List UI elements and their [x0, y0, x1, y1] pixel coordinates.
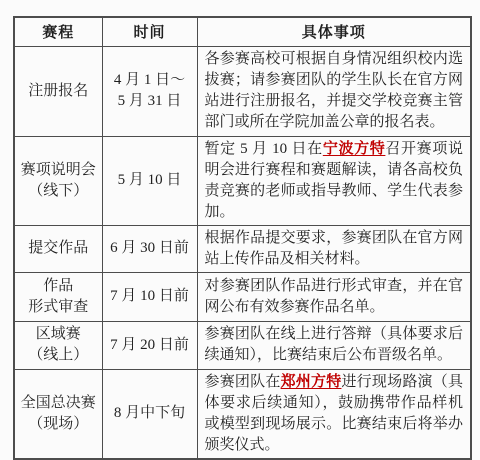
schedule-table-container: 赛程 时间 具体事项 注册报名4 月 1 日～5 月 31 日各参赛高校可根据自… [13, 16, 472, 440]
detail-cell: 对参赛团队作品进行形式审查，并在官网公布有效参赛作品名单。 [197, 272, 471, 321]
stage-line: 全国总决赛 [17, 393, 100, 414]
stage-line: （线上） [17, 345, 100, 366]
header-details: 具体事项 [197, 17, 471, 46]
stage-cell: 注册报名 [14, 46, 102, 136]
stage-line: 区域赛 [17, 324, 100, 345]
table-row: 区域赛（线上）7 月 20 日前参赛团队在线上进行答辩（具体要求后续通知），比赛… [14, 321, 471, 369]
header-row: 赛程 时间 具体事项 [14, 17, 471, 46]
time-line: 6 月 30 日前 [105, 238, 195, 259]
stage-cell: 区域赛（线上） [14, 321, 102, 369]
header-time: 时间 [102, 17, 197, 46]
time-line: 5 月 31 日 [105, 91, 195, 112]
stage-cell: 赛项说明会（线下） [14, 136, 102, 225]
venue-highlight: 宁波方特 [323, 141, 386, 157]
time-cell: 4 月 1 日～5 月 31 日 [102, 46, 197, 136]
detail-text: 各参赛高校可根据自身情况组织校内选拔赛；请参赛团队的学生队长在官方网站进行注册报… [205, 51, 464, 130]
time-line: 5 月 10 日 [105, 170, 195, 191]
time-line: 7 月 20 日前 [105, 335, 195, 356]
header-stage: 赛程 [14, 17, 102, 46]
detail-cell: 参赛团队在郑州方特进行现场路演（具体要求后续通知），鼓励携带作品样机或模型到现场… [197, 369, 471, 440]
stage-cell: 作品形式审查 [14, 272, 102, 321]
detail-text: 参赛团队在 [205, 374, 281, 390]
venue-highlight: 郑州方特 [281, 374, 342, 390]
stage-line: 注册报名 [17, 81, 100, 102]
table-row: 作品形式审查7 月 10 日前对参赛团队作品进行形式审查，并在官网公布有效参赛作… [14, 272, 471, 321]
detail-text: 对参赛团队作品进行形式审查，并在官网公布有效参赛作品名单。 [205, 278, 464, 315]
detail-cell: 参赛团队在线上进行答辩（具体要求后续通知），比赛结束后公布晋级名单。 [197, 321, 471, 369]
stage-line: 赛项说明会 [17, 160, 100, 181]
time-cell: 6 月 30 日前 [102, 225, 197, 272]
table-row: 提交作品6 月 30 日前根据作品提交要求，参赛团队在官方网站上传作品及相关材料… [14, 225, 471, 272]
time-cell: 7 月 20 日前 [102, 321, 197, 369]
table-row: 注册报名4 月 1 日～5 月 31 日各参赛高校可根据自身情况组织校内选拔赛；… [14, 46, 471, 136]
stage-cell: 全国总决赛（现场） [14, 369, 102, 440]
time-line: 7 月 10 日前 [105, 286, 195, 307]
detail-cell: 根据作品提交要求，参赛团队在官方网站上传作品及相关材料。 [197, 225, 471, 272]
schedule-table: 赛程 时间 具体事项 注册报名4 月 1 日～5 月 31 日各参赛高校可根据自… [13, 16, 472, 440]
table-row: 赛项说明会（线下）5 月 10 日暂定 5 月 10 日在宁波方特召开赛项说明会… [14, 136, 471, 225]
stage-cell: 提交作品 [14, 225, 102, 272]
stage-line: （现场） [17, 414, 100, 435]
stage-line: 形式审查 [17, 297, 100, 318]
time-line: 4 月 1 日～ [105, 70, 195, 91]
detail-text: 根据作品提交要求，参赛团队在官方网站上传作品及相关材料。 [205, 230, 464, 267]
detail-text: 参赛团队在线上进行答辩（具体要求后续通知），比赛结束后公布晋级名单。 [205, 326, 464, 363]
detail-cell: 暂定 5 月 10 日在宁波方特召开赛项说明会进行赛程和赛题解读，请各高校负责竞… [197, 136, 471, 225]
detail-cell: 各参赛高校可根据自身情况组织校内选拔赛；请参赛团队的学生队长在官方网站进行注册报… [197, 46, 471, 136]
time-line: 8 月中下旬 [105, 403, 195, 424]
detail-text: 暂定 5 月 10 日在 [205, 141, 323, 157]
stage-line: 作品 [17, 276, 100, 297]
stage-line: 提交作品 [17, 238, 100, 259]
time-cell: 5 月 10 日 [102, 136, 197, 225]
time-cell: 8 月中下旬 [102, 369, 197, 440]
table-row: 全国总决赛（现场）8 月中下旬参赛团队在郑州方特进行现场路演（具体要求后续通知）… [14, 369, 471, 440]
stage-line: （线下） [17, 181, 100, 202]
time-cell: 7 月 10 日前 [102, 272, 197, 321]
